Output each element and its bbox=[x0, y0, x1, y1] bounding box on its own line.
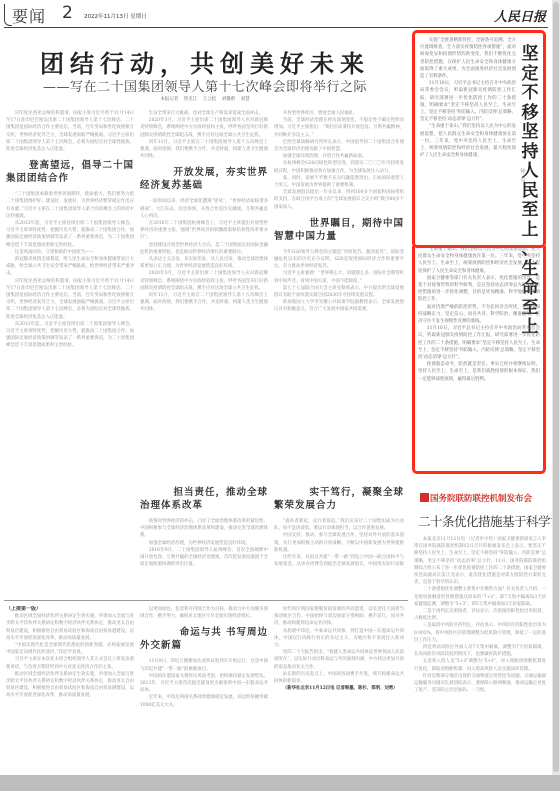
article-column-1: 应印度尼西亚总统佐科邀请，国家主席习近平将于11月14日至17日赴印尼巴厘岛出席… bbox=[6, 110, 134, 568]
briefing-kicker: 国务院联防联控机制发布会 bbox=[420, 492, 548, 504]
paragraph: 同年11月，习近平主席在二十国集团领导人第十五次峰会上强调，面对疫情，我们要携手… bbox=[140, 292, 268, 314]
paragraph: 本报北京11月12日电 （记者申少铁）国家卫健委新闻发言人米锋在国务院联防联控机… bbox=[414, 536, 546, 586]
paragraph: 站在新的历史起点上，中国同各国携手共进，续写构建命运共同体的新篇章。 bbox=[274, 671, 404, 685]
paragraph: 在2016年二十国集团杭州峰会上，习近平主席提出开放型世界经济的重要主张，强调“… bbox=[140, 220, 268, 242]
article-column-3b: 实干笃行，凝聚全球 繁荣发展合力 “孤举者难起，众行者易趋。”我们应该让二十国集… bbox=[274, 480, 404, 568]
paragraph: 2020年3月，习近平主席出席二十国集团领导人应对新冠肺炎特别峰会，系统阐述中方… bbox=[140, 117, 268, 139]
paragraph: 当前，全球经济治理正经历深刻变化，不稳定性不确定性明显增加。习近平主席指出：“我… bbox=[274, 117, 404, 139]
paragraph: 今年G20领导人峰会的主题是“共同复苏、强劲复苏”。国际金融危机以来的历史充分证… bbox=[274, 249, 404, 271]
paragraph: 三是取消中风险区的判定，评估显示，中风险区的阳性检出率为0.003%，将中风险区… bbox=[414, 622, 546, 644]
paragraph: “生命重于泰山。”我们坚持以人民为中心的发展思想，把人民群众生命安全和身体健康放… bbox=[418, 246, 540, 275]
newspaper-page: 要闻 2 2022年11月13日 星期日 人民日报 团结行动，共创美好未来 ——… bbox=[0, 0, 548, 775]
commentary-body: 实施“全链条精准管控，全链条可追溯，全方位流调排查，全力落实疫情防控各项措施”，… bbox=[420, 37, 516, 159]
section-heading: 世界瞩目，期待中国 智慧中国力量 bbox=[274, 217, 404, 243]
masthead-bracket bbox=[4, 4, 12, 26]
paragraph: 党的二十大报告指出，“构建人类命运共同体是世界各国人民前途所在”，以实际行动诠释… bbox=[274, 649, 404, 671]
paragraph: 坚持建设开放型世界经济大方向，是二十国集团应对国际金融危机的重要经验，也是推动世… bbox=[140, 242, 268, 256]
paragraph: 五是将入境人员“5+3”调整为“5+3”，对入境航班熔断机制进行优化，即取消熔断… bbox=[414, 658, 546, 672]
paragraph: 时代和区域国家摆脱贫困发展的共同愿望，以负责任大国担当推动地区合作。中国始终与周… bbox=[274, 606, 404, 628]
paragraph: 推动区域全面经济伙伴关系协定生效实施，申请加入全面与进步跨太平洋伙伴关系协定和数… bbox=[6, 613, 134, 642]
commentary-body-lower: “生命重于泰山。”我们坚持以人民为中心的发展思想，把人民群众生命安全和身体健康放… bbox=[412, 246, 546, 474]
issue-date: 2022年11月13日 星期日 bbox=[84, 12, 147, 20]
paragraph: 二十条措施优化调整主要集中在哪些方面？有关负责人介绍，一是密切接触者的管理措施从… bbox=[414, 586, 546, 608]
article-column-2: 生安全带来巨大挑战，也对全球生产和需求造成全面冲击。 2020年3月，习近平主席… bbox=[140, 110, 268, 480]
paragraph: 针对近期部分地区出现的交通物流过度管控等问题，交通运输部运输服务司副司长蔡团结表… bbox=[414, 673, 546, 695]
section-heading: 开放发展，夯实世界 经济复苏基础 bbox=[140, 166, 268, 192]
paragraph: 疫情对世界经济的冲击，凸显了全球治理体系改革的紧迫性。中国积极参与全球经济治理体… bbox=[140, 518, 268, 540]
paragraph: 从2013年起，习近平主席连续出席二十国集团领导人峰会。习近平主席审时度势，把握… bbox=[6, 220, 134, 249]
paragraph: “中国式现代化是全球现代化理论的创新突破，必将拓展发展中国家走向现代化的途径。”… bbox=[6, 642, 134, 656]
section-divider bbox=[4, 600, 408, 601]
continuation-label: （上接第一版） bbox=[6, 606, 134, 613]
masthead: 要闻 2 2022年11月13日 星期日 人民日报 bbox=[4, 2, 548, 28]
briefing-headline: 二十条优化措施基于科学认识 bbox=[418, 512, 550, 530]
section-heading: 担当责任，推动全球 治理体系改革 bbox=[140, 486, 268, 512]
section-heading: 登高望远，倡导二十国 集团团结合作 bbox=[6, 159, 134, 185]
paragraph: 这些年来，从倡议共建“一带一路”到设立中国—联合国和平与发展基金，从举办进博会到… bbox=[274, 554, 404, 568]
section-name: 要闻 bbox=[12, 4, 46, 27]
paragraph: “孤举者难起，众行者易趋。”我们应该让二十国集团成为行动队，而不是清谈馆。要以行… bbox=[274, 518, 404, 532]
paragraph: 加强全球经济治理，为世界经济发展营造良好环境。 bbox=[140, 540, 268, 547]
vertical-scrollbar[interactable] bbox=[552, 0, 560, 775]
article-column-3: 开放型世界经济，增进全球人民福祉。 当前，全球经济治理正经历深刻变化，不稳定性不… bbox=[274, 110, 404, 480]
main-headline: 团结行动，共创美好未来 bbox=[0, 44, 410, 79]
paragraph: 新冠肺炎疫情全球蔓延，给人民生命安全和身体健康带来巨大威胁，给全球公共卫生安全带… bbox=[6, 256, 134, 278]
paragraph: 巴西全球战略研究所所长表示，中国倡导的二十国集团合作理念为全球经济治理贡献了中国… bbox=[274, 139, 404, 153]
paragraph: 张。同时，发展不平衡不充分问题依然突出。正如国际观察人士所言，中国发展为世界提供… bbox=[274, 175, 404, 189]
paragraph: 开放型世界经济，增进全球人民福祉。 bbox=[274, 110, 404, 117]
emblem-icon bbox=[420, 493, 429, 502]
continuation-column-3: 时代和区域国家摆脱贫困发展的共同愿望，以负责任大国担当推动地区合作。中国始终与周… bbox=[274, 606, 404, 774]
briefing-body: 本报北京11月12日电 （记者申少铁）国家卫健委新闻发言人米锋在国务院联防联控机… bbox=[414, 536, 546, 774]
paragraph: 实施“全链条精准管控，全链条可追溯，全方位流调排查，全力落实疫情防控各项措施”，… bbox=[420, 37, 516, 80]
paragraph: “二十国集团承载着世界各国期待，使命重大。我们要努力把二十国集团维护好、建设好、… bbox=[6, 191, 134, 220]
paragraph: 从杭州峰会G20向绿色转型迈进，到落实二〇三〇年可持续发展议程，中国积极推动各方… bbox=[274, 160, 404, 174]
paragraph: 11月10日，习近平总书记主持召开中央政治局常委会会议，听取新冠肺炎疫情防控工作… bbox=[418, 325, 540, 361]
article-column-2b: 担当责任，推动全球 治理体系改革 疫情对世界经济的冲击，凸显了全球治理体系改革的… bbox=[140, 480, 268, 568]
paragraph: 疫情就是命令，防控就是责任。事实已经并将继续证明，坚持人民至上、生命至上，是我们… bbox=[418, 361, 540, 383]
paragraph: 一段时间以来，经济全球化遭遇“逆风”，“世界经济面临诸多挑战”。大江东去，浩浩汤… bbox=[140, 198, 268, 220]
paragraph: 二是不再判定次密接者，评估显示，次密接的阳性检出率很低，占极低比例。 bbox=[414, 608, 546, 622]
paragraph: 面对仍然严峻的防控形势，不为任何杂音所扰，我们要保持战略定力，坚定信心、同舟共济… bbox=[418, 304, 540, 326]
viewer-bottom-bar bbox=[0, 775, 560, 791]
signoff: （新华社北京11月12日电 记者韩墨、陈杉、郑明、刘勇） bbox=[274, 685, 404, 692]
paragraph: “生命重于泰山。”我们坚持以人民为中心的发展思想，把人民群众生命安全和身体健康放… bbox=[420, 123, 516, 159]
paragraph: 从2013年起，习近平主席连续出席二十国集团领导人峰会。习近平主席审时度势，把握… bbox=[6, 321, 134, 350]
paragraph: 应印度尼西亚总统佐科邀请，国家主席习近平将于11月14日至17日赴印尼巴厘岛出席… bbox=[6, 278, 134, 321]
paragraph: 习近平主席在本次亚太经合组织领导人非正式会议上将发表重要讲话，与会各方期待听到中… bbox=[6, 656, 134, 670]
paragraph: 生安全带来巨大挑战，也对全球生产和需求造成全面冲击。 bbox=[140, 110, 268, 117]
paragraph: 这是风雨同舟、守望相助的中国担当—— bbox=[6, 249, 134, 256]
section-heading: 实干笃行，凝聚全球 繁荣发展合力 bbox=[274, 486, 404, 512]
paragraph: 全球发展倡议提出一年多以来，得到100多个国家和国际组织的支持，在联合国平台成立… bbox=[274, 189, 404, 211]
paragraph: 11月9日，印尼万隆雅加达高铁试验列车开始运行，这是中国与印尼共建“一带一路”的… bbox=[140, 658, 268, 672]
page-number: 2 bbox=[62, 3, 73, 23]
section-heading: 命运与共 书写周边 外交新篇 bbox=[140, 626, 268, 652]
scrollbar-thumb[interactable] bbox=[553, 2, 559, 772]
commentary-box: 实施“全链条精准管控，全链条可追溯，全方位流调排查，全力落实疫情防控各项措施”，… bbox=[412, 30, 546, 248]
paragraph: 从构建中印尼、中泰命运共同体，到打造中国—东盟命运共同体，中国以行动践行真正的多… bbox=[274, 628, 404, 650]
paragraph: 加强全球环境治理，开创合作共赢新局面。 bbox=[274, 153, 404, 160]
main-byline: 本报记者 管克江 王云松 刘馨蔚 刘慧 bbox=[0, 96, 410, 102]
paragraph: 习近平主席强调：“世界那么大，问题那么多，国际社会期待听到中国声音、看到中国方案… bbox=[274, 270, 404, 284]
paragraph: 新加坡国立大学李光耀公共政策学院副教授表示，全球发展倡议具有积极意义，符合广大发… bbox=[274, 299, 404, 313]
paragraph: 从多边主义出发，从实际出发，从人民出发，推动全球治理体系更加公正合理，为世界经济… bbox=[140, 256, 268, 270]
paragraph: 2020年3月，习近平主席出席二十国集团领导人应对新冠肺炎特别峰会，系统阐述中方… bbox=[140, 270, 268, 292]
continuation-column-2: 以更加绿色、包容和可持续合作为目标，推动与中方加强多领域合作，携手努力，确保亚太… bbox=[140, 606, 268, 774]
paragraph: 中国支持、推动、参与全球发展合作，坚持对外开放的基本国策，实行更加积极主动的开放… bbox=[274, 532, 404, 554]
newspaper-logo: 人民日报 bbox=[494, 6, 546, 25]
paragraph: 以更加绿色、包容和可持续合作为目标，推动与中方加强多领域合作，携手努力，确保亚太… bbox=[140, 606, 268, 620]
paragraph: 应印度尼西亚总统佐科邀请，国家主席习近平将于11月14日至17日赴印尼巴厘岛出席… bbox=[6, 110, 134, 153]
paragraph: 四是将高风险区外溢人员7天集中隔离，调整为7天居家隔离，在高风险区风险较低的情况… bbox=[414, 644, 546, 658]
paragraph: 近年来，中印尼两国关系持续健康稳定发展，双边贸易额突破1000亿美元大关。 bbox=[140, 694, 268, 708]
paragraph: 国家卫健委等部门有关负责人表示，优化措施的出台，是基于对疫情形势的科学研判，是在… bbox=[418, 275, 540, 304]
paragraph: 2016年9月，二十国集团领导人杭州峰会，首次全面阐释中国开放包容、互利共赢的全… bbox=[140, 547, 268, 568]
paragraph: 第七十七届联合国大会主席克勒希表示，中方提出的全球发展倡议有助于加快落实联合国2… bbox=[274, 285, 404, 299]
continuation-column-1: （上接第一版） 推动区域全面经济伙伴关系协定生效实施，申请加入全面与进步跨太平洋… bbox=[6, 606, 134, 774]
paragraph: 同年11月，习近平主席在二十国集团领导人第十五次峰会上强调，面对疫情，我们要携手… bbox=[140, 139, 268, 161]
paragraph: 中国同东盟国家关系经历风雨考验，始终保持稳定发展势头。2013年，习近平主席首次… bbox=[140, 673, 268, 695]
main-subheadline: ——写在二十国集团领导人第十七次峰会即将举行之际 bbox=[0, 76, 410, 95]
paragraph: 11月10日，习近平总书记主持召开中央政治局常委会会议，听取新冠肺炎疫情防控工作… bbox=[420, 80, 516, 123]
paragraph: 推动区域全面经济伙伴关系协定生效实施，申请加入全面与进步跨太平洋伙伴关系协定和数… bbox=[6, 671, 134, 700]
